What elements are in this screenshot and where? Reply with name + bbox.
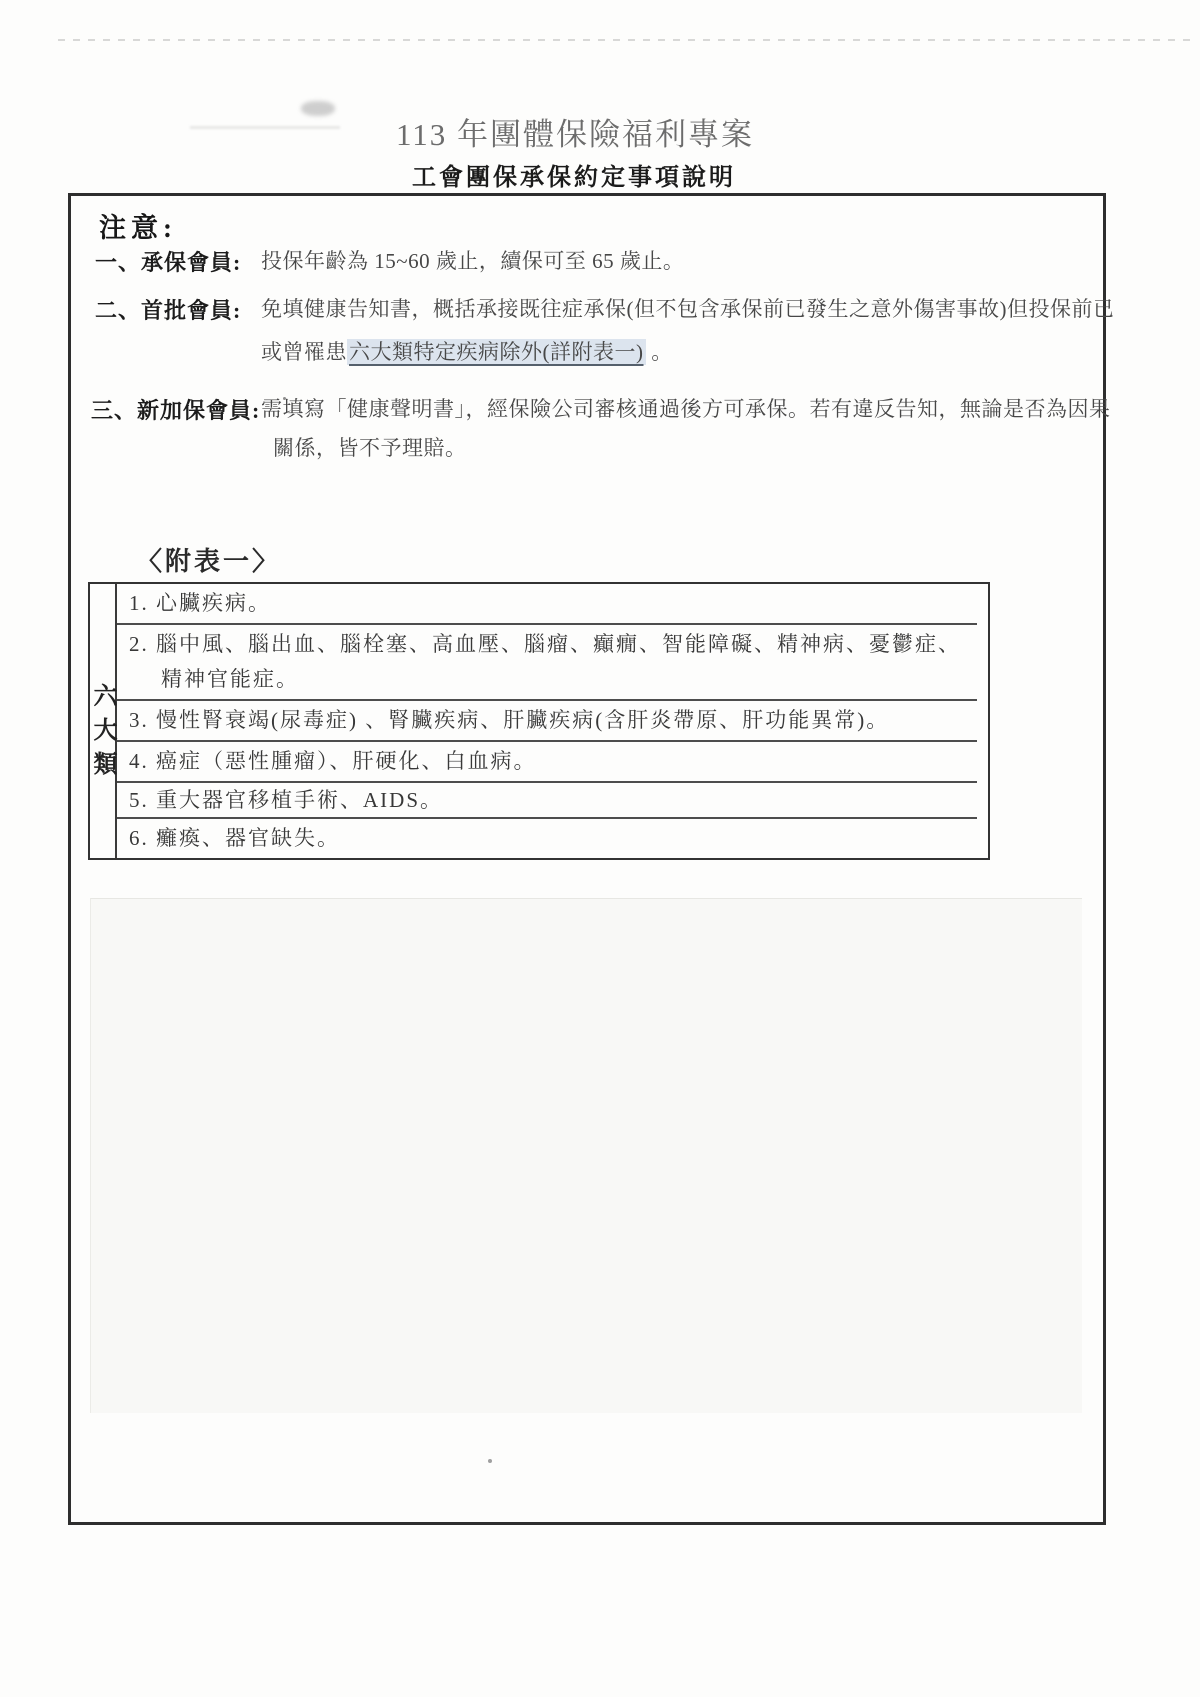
appendix-side-cell: 六大類: [90, 584, 117, 858]
highlighted-exclusion-phrase: 六大類特定疾病除外(詳附表一): [347, 339, 646, 365]
notice-text-segment: 或曾罹患: [261, 340, 347, 364]
table-row: 3. 慢性腎衰竭(尿毒症) 、腎臟疾病、肝臟疾病(含肝炎帶原、肝功能異常)。: [117, 701, 977, 742]
blank-scan-area: [90, 898, 1082, 1413]
notice-heading: 注意:: [99, 206, 177, 245]
document-subtitle: 工會團保承保約定事項說明: [0, 157, 1148, 192]
notice-item-label: 三、新加保會員:: [91, 394, 260, 425]
appendix-table-heading: 〈附表一〉: [136, 541, 281, 578]
appendix-table: 六大類 1. 心臟疾病。 2. 腦中風、腦出血、腦栓塞、高血壓、腦瘤、癲癇、智能…: [88, 582, 990, 860]
table-row: 1. 心臟疾病。: [117, 584, 977, 625]
scanned-document-page: 113 年團體保險福利專案 工會團保承保約定事項說明 注意: 一、承保會員: 投…: [0, 0, 1200, 1697]
scan-artifact-line: [58, 39, 1198, 41]
table-row: 6. 癱瘓、器官缺失。: [117, 819, 977, 858]
notice-text-line: 免填健康告知書，概括承接既往症承保(但不包含承保前已發生之意外傷害事故)但投保前…: [261, 294, 1099, 324]
notice-text-line: 需填寫「健康聲明書」，經保險公司審核通過後方可承保。若有違反告知，無論是否為因果: [261, 394, 1099, 424]
notice-text-line: 關係，皆不予理賠。: [261, 433, 1099, 463]
appendix-rows: 1. 心臟疾病。 2. 腦中風、腦出血、腦栓塞、高血壓、腦瘤、癲癇、智能障礙、精…: [117, 584, 988, 858]
table-row: 4. 癌症（惡性腫瘤）、肝硬化、白血病。: [117, 742, 977, 783]
notice-item-content: 免填健康告知書，概括承接既往症承保(但不包含承保前已發生之意外傷害事故)但投保前…: [261, 294, 1099, 367]
notice-text-line: 或曾罹患六大類特定疾病除外(詳附表一) 。: [261, 337, 1099, 367]
notice-item-content: 投保年齡為 15~60 歲止，續保可至 65 歲止。: [261, 246, 1099, 276]
notice-text-line: 投保年齡為 15~60 歲止，續保可至 65 歲止。: [261, 246, 1099, 276]
table-row: 2. 腦中風、腦出血、腦栓塞、高血壓、腦瘤、癲癇、智能障礙、精神病、憂鬱症、精神…: [117, 625, 977, 701]
document-title: 113 年團體保險福利專案: [0, 109, 1150, 154]
appendix-side-label: 六大類: [85, 683, 120, 785]
notice-item-label: 二、首批會員:: [95, 294, 241, 325]
notice-item-content: 需填寫「健康聲明書」，經保險公司審核通過後方可承保。若有違反告知，無論是否為因果…: [261, 394, 1099, 463]
notice-text-segment: 。: [646, 340, 673, 364]
table-row: 5. 重大器官移植手術、AIDS。: [117, 783, 977, 819]
notice-item-label: 一、承保會員:: [95, 246, 241, 277]
